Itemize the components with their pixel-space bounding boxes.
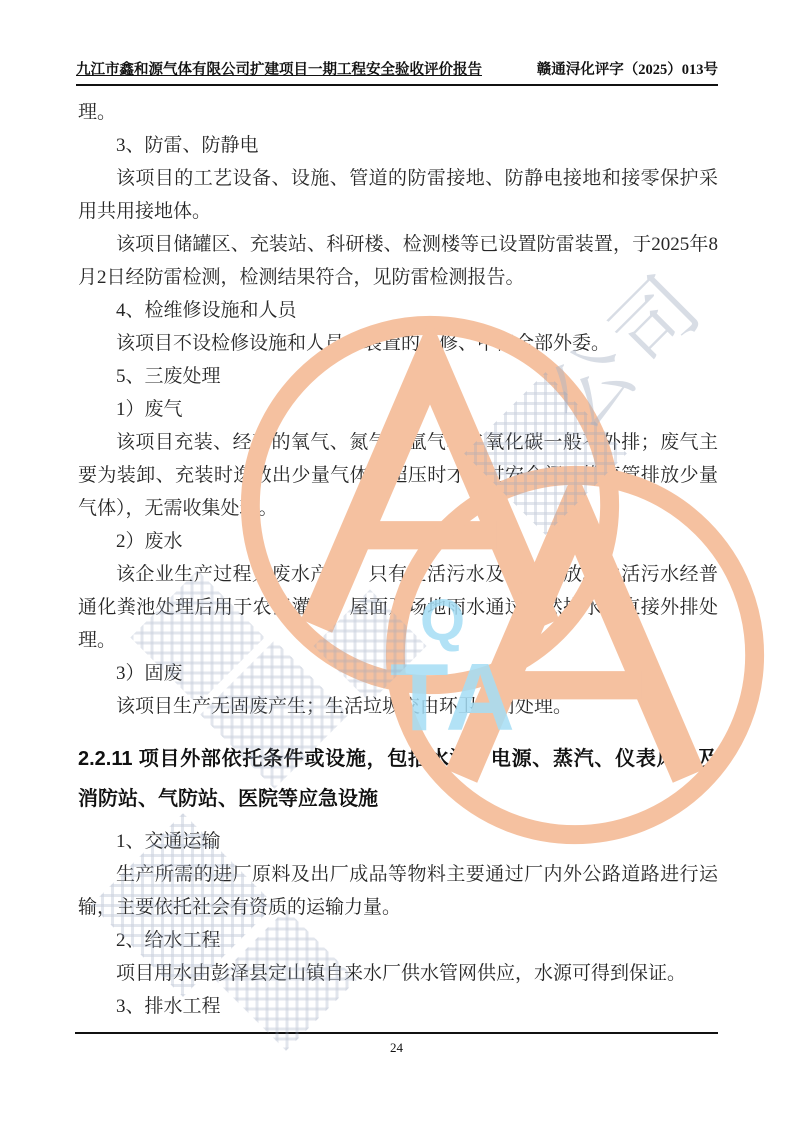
paragraph: 该项目不设检修设施和人员。装置的大修、中修全部外委。 — [78, 327, 718, 360]
paragraph: 2、给水工程 — [78, 924, 718, 957]
paragraph: 1、交通运输 — [78, 825, 718, 858]
paragraph: 该企业生产过程无废水产生，只有生活污水及雨水排放。生活污水经普通化粪池处理后用于… — [78, 558, 718, 657]
paragraph: 2）废水 — [78, 525, 718, 558]
paragraph: 3）固废 — [78, 657, 718, 690]
header-doc-number: 赣通浔化评字（2025）013号 — [537, 58, 718, 79]
paragraph: 5、三废处理 — [78, 360, 718, 393]
paragraph: 理。 — [78, 96, 718, 129]
paragraph: 3、防雷、防静电 — [78, 129, 718, 162]
page-header: 九江市鑫和源气体有限公司扩建项目一期工程安全验收评价报告 赣通浔化评字（2025… — [76, 58, 718, 86]
document-page: 九江市鑫和源气体有限公司扩建项目一期工程安全验收评价报告 赣通浔化评字（2025… — [0, 0, 793, 1122]
section-heading: 2.2.11 项目外部依托条件或设施，包括水源、电源、蒸汽、仪表风以及消防站、气… — [78, 739, 718, 819]
footer-divider — [75, 1032, 718, 1034]
paragraph: 生产所需的进厂原料及出厂成品等物料主要通过厂内外公路道路进行运输，主要依托社会有… — [78, 858, 718, 924]
paragraph: 该项目生产无固废产生；生活垃圾交由环卫部门处理。 — [78, 690, 718, 723]
paragraph: 该项目充装、经营的氧气、氮气、氩气和二氧化碳一般不外排；废气主要为装卸、充装时逸… — [78, 426, 718, 525]
paragraph: 3、排水工程 — [78, 990, 718, 1023]
document-body: 理。3、防雷、防静电该项目的工艺设备、设施、管道的防雷接地、防静电接地和接零保护… — [78, 96, 718, 1023]
page-number: 24 — [0, 1040, 793, 1056]
paragraph: 该项目储罐区、充装站、科研楼、检测楼等已设置防雷装置，于2025年8月2日经防雷… — [78, 228, 718, 294]
header-report-title: 九江市鑫和源气体有限公司扩建项目一期工程安全验收评价报告 — [76, 58, 482, 79]
paragraph: 4、检维修设施和人员 — [78, 294, 718, 327]
paragraph: 该项目的工艺设备、设施、管道的防雷接地、防静电接地和接零保护采用共用接地体。 — [78, 162, 718, 228]
paragraph: 项目用水由彭泽县定山镇自来水厂供水管网供应，水源可得到保证。 — [78, 957, 718, 990]
paragraph: 1）废气 — [78, 393, 718, 426]
